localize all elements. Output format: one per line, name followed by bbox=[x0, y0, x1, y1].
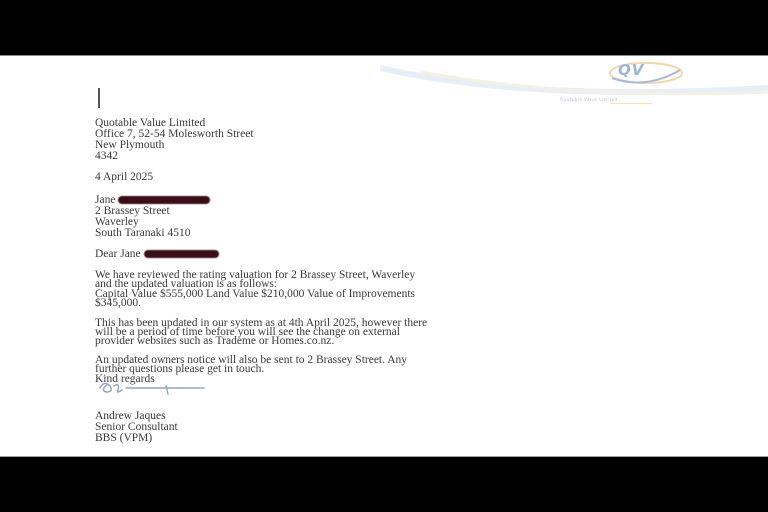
letterbox-top bbox=[0, 0, 768, 55]
logo-text: QV bbox=[618, 61, 644, 79]
valuation-line2: $345,000. bbox=[95, 298, 141, 309]
redaction-bar bbox=[144, 250, 219, 258]
signatory-qualification: BBS (VPM) bbox=[95, 433, 152, 444]
salutation: Dear Jane bbox=[95, 249, 219, 260]
letter-date: 4 April 2025 bbox=[95, 172, 153, 183]
signature-icon bbox=[96, 378, 211, 398]
recipient-region: South Taranaki 4510 bbox=[95, 228, 190, 239]
letterbox-bottom bbox=[0, 457, 768, 512]
salutation-text: Dear Jane bbox=[95, 248, 141, 260]
redaction-bar bbox=[118, 196, 210, 204]
para2-line3: provider websites such as Trademe or Hom… bbox=[95, 336, 334, 347]
valuation-line1: Capital Value $555,000 Land Value $210,0… bbox=[95, 289, 415, 300]
header-swoosh-decoration bbox=[380, 62, 768, 102]
tagline-underline bbox=[610, 103, 652, 104]
sender-postcode: 4342 bbox=[95, 151, 118, 162]
text-cursor bbox=[98, 88, 100, 108]
logo-tagline: Quotable Value Limited bbox=[560, 97, 618, 102]
letter-page: QV Quotable Value Limited Quotable Value… bbox=[0, 55, 768, 457]
